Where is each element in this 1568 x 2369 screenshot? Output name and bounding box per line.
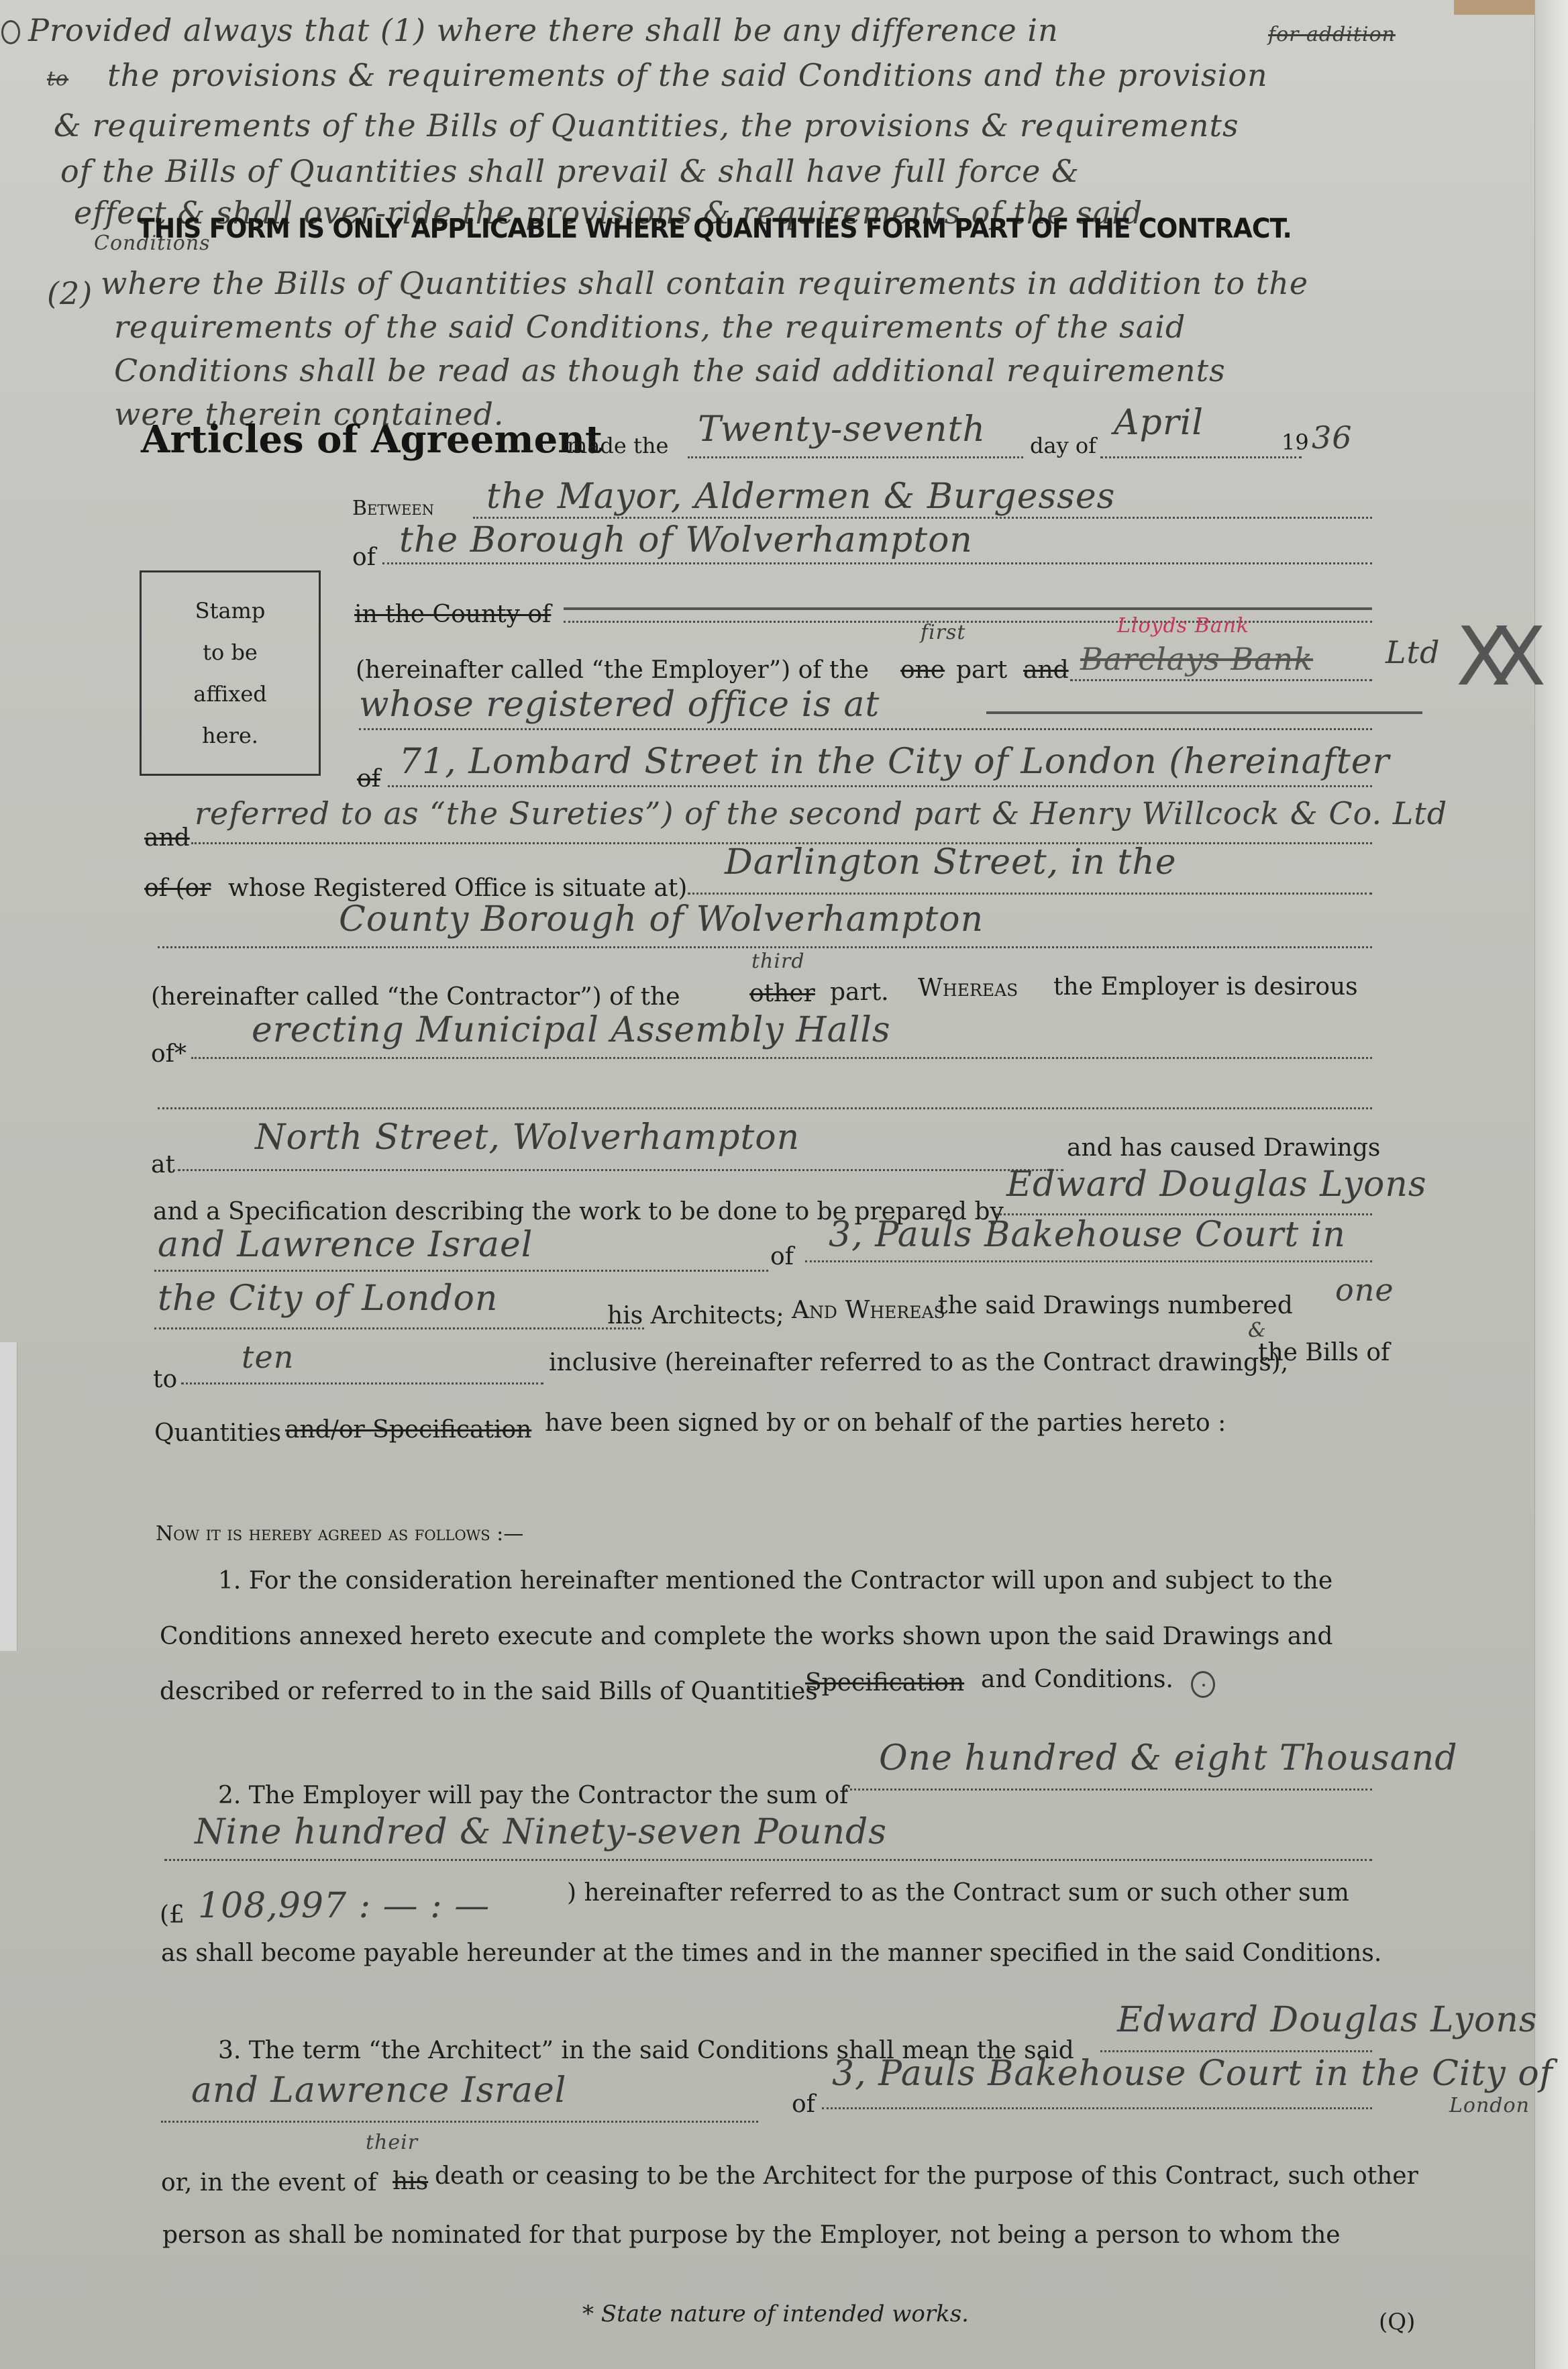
of-star-label: of* bbox=[151, 1040, 187, 1068]
other-struck: other bbox=[749, 980, 815, 1007]
architect-name-1[interactable]: Edward Douglas Lyons bbox=[1006, 1164, 1427, 1205]
to-label: to bbox=[153, 1366, 177, 1393]
sum-words-1[interactable]: One hundred & eight Thousand bbox=[879, 1738, 1458, 1778]
sum-words-2[interactable]: Nine hundred & Ninety-seven Pounds bbox=[195, 1812, 887, 1852]
clause3-line3: person as shall be nominated for that pu… bbox=[162, 2221, 1341, 2249]
annotation-struck-word: to bbox=[47, 67, 68, 91]
clause3-name-2[interactable]: and Lawrence Israel bbox=[191, 2070, 566, 2111]
clause3-their: their bbox=[366, 2131, 418, 2154]
surety-address[interactable]: 71, Lombard Street in the City of London… bbox=[399, 742, 1390, 782]
contractor-address-1[interactable]: Darlington Street, in the bbox=[725, 842, 1177, 883]
annotation-para2-label: (2) bbox=[47, 275, 93, 311]
works-nature-line bbox=[191, 1057, 1372, 1059]
day-value[interactable]: Twenty-seventh bbox=[698, 409, 986, 450]
clause3-name-line-2 bbox=[161, 2121, 758, 2123]
clause1-line-1: 1. For the consideration hereinafter men… bbox=[218, 1567, 1332, 1595]
registered-office-line: whose registered office is at bbox=[359, 685, 880, 725]
surety-inserted: Lloyds Bank bbox=[1117, 614, 1249, 638]
day-field-line bbox=[688, 456, 1023, 458]
clause3-name-line bbox=[1100, 2050, 1372, 2052]
stamp-box: Stamp to be affixed here. bbox=[140, 570, 321, 776]
margin-cross-mark: XX bbox=[1456, 611, 1526, 704]
sum-close: ) hereinafter referred to as the Contrac… bbox=[567, 1879, 1349, 1907]
clause2-end: as shall become payable hereunder at the… bbox=[161, 1939, 1381, 1967]
architect-name-2[interactable]: and Lawrence Israel bbox=[158, 1225, 533, 1265]
form-banner: THIS FORM IS ONLY APPLICABLE WHERE QUANT… bbox=[138, 213, 1292, 244]
drawings-from[interactable]: one bbox=[1335, 1272, 1394, 1308]
clause3-line2-b: death or ceasing to be the Architect for… bbox=[435, 2162, 1418, 2190]
day-of-label: day of bbox=[1030, 433, 1096, 458]
clause1-line-3: described or referred to in the said Bil… bbox=[160, 1678, 818, 1705]
drawings-to-line bbox=[181, 1382, 543, 1384]
clause3-of: of bbox=[792, 2090, 815, 2118]
clause1-line-2: Conditions annexed hereto execute and co… bbox=[160, 1623, 1332, 1650]
now-agreed: Now it is hereby agreed as follows :— bbox=[156, 1522, 523, 1546]
architect-address-1[interactable]: 3, Pauls Bakehouse Court in bbox=[829, 1215, 1346, 1255]
clause2-prefix: 2. The Employer will pay the Contractor … bbox=[218, 1782, 848, 1809]
county-line bbox=[564, 621, 1372, 623]
clause3-address-end: London bbox=[1449, 2094, 1530, 2117]
clause3-line2-a: or, in the event of bbox=[161, 2169, 376, 2197]
clause3-address-line bbox=[822, 2107, 1372, 2109]
sum-open: (£ bbox=[160, 1901, 185, 1929]
contractor-called: (hereinafter called “the Contractor”) of… bbox=[151, 983, 680, 1011]
architect-address-2[interactable]: the City of London bbox=[158, 1278, 498, 1319]
employer-name-line bbox=[473, 517, 1372, 519]
at-label: at bbox=[151, 1151, 175, 1178]
annotation-line-3: & requirements of the Bills of Quantitie… bbox=[54, 107, 1239, 144]
employer-called: (hereinafter called “the Employer”) of t… bbox=[356, 656, 869, 684]
annotation-line-4: of the Bills of Quantities shall prevail… bbox=[60, 153, 1080, 189]
stamp-text-3: affixed bbox=[193, 681, 267, 707]
works-location[interactable]: North Street, Wolverhampton bbox=[255, 1117, 800, 1158]
and-whereas: And Whereas bbox=[792, 1297, 945, 1324]
clause1-struck: Specification bbox=[805, 1669, 964, 1697]
clause3-name-1[interactable]: Edward Douglas Lyons bbox=[1117, 2000, 1538, 2040]
inclusive-text: inclusive (hereinafter referred to as th… bbox=[549, 1349, 1288, 1376]
circle-marker-icon bbox=[1, 20, 20, 44]
of-or-struck: of (or bbox=[144, 874, 211, 902]
signed-text: have been signed by or on behalf of the … bbox=[545, 1409, 1226, 1437]
employer-of[interactable]: the Borough of Wolverhampton bbox=[399, 520, 973, 560]
part-whereas: part. bbox=[830, 978, 889, 1006]
made-the-label: made the bbox=[567, 433, 668, 458]
quantities-label: Quantities bbox=[154, 1419, 281, 1447]
has-caused: and has caused Drawings bbox=[1067, 1134, 1380, 1162]
stamp-text-2: to be bbox=[203, 640, 258, 665]
annotation-para2-line-1: where the Bills of Quantities shall cont… bbox=[101, 265, 1308, 301]
and-or-spec-struck: and/or Specification bbox=[285, 1416, 531, 1444]
surety-referred[interactable]: referred to as “the Sureties”) of the se… bbox=[195, 795, 1447, 831]
works-nature-line-2 bbox=[158, 1107, 1372, 1109]
county-label-struck: in the County of bbox=[354, 601, 551, 628]
sum-figures[interactable]: 108,997 : — : — bbox=[198, 1886, 490, 1926]
surety-line bbox=[1070, 679, 1372, 681]
clause3-his-struck: his bbox=[393, 2168, 428, 2195]
surety-struck: Barclays Bank bbox=[1080, 641, 1313, 677]
first-inserted: first bbox=[921, 621, 966, 644]
of-label-2: of bbox=[770, 1243, 794, 1270]
annotation-para2-line-3: Conditions shall be read as though the s… bbox=[114, 352, 1226, 389]
architect-name-line-2 bbox=[154, 1270, 768, 1272]
page-edge-left bbox=[0, 1342, 17, 1651]
contractor-address-2[interactable]: County Borough of Wolverhampton bbox=[339, 899, 984, 940]
year-suffix[interactable]: 36 bbox=[1312, 419, 1353, 456]
his-architects: his Architects; bbox=[607, 1302, 784, 1329]
stamp-text-1: Stamp bbox=[195, 598, 266, 623]
page-edge-right bbox=[1534, 0, 1568, 2369]
between-label: Between bbox=[352, 497, 434, 520]
annotation-line-1: Provided always that (1) where there sha… bbox=[28, 12, 1059, 48]
and-struck-2: and bbox=[144, 824, 190, 852]
annotation-struck-prefix: for addition bbox=[1268, 23, 1396, 46]
registered-office-dots bbox=[359, 728, 1372, 730]
month-field-line bbox=[1100, 456, 1302, 458]
of-label: of bbox=[352, 544, 376, 571]
architect-address-line bbox=[805, 1260, 1372, 1262]
form-code: (Q) bbox=[1379, 2309, 1415, 2335]
surety-suffix: Ltd bbox=[1386, 634, 1440, 670]
month-value[interactable]: April bbox=[1114, 403, 1204, 443]
contractor-office-label: whose Registered Office is situate at) bbox=[228, 874, 687, 902]
employer-name[interactable]: the Mayor, Aldermen & Burgesses bbox=[486, 476, 1115, 517]
clause1-end: and Conditions. bbox=[981, 1666, 1173, 1693]
footnote: * State nature of intended works. bbox=[582, 2301, 969, 2327]
works-nature[interactable]: erecting Municipal Assembly Halls bbox=[252, 1010, 891, 1050]
county-strike-rule bbox=[564, 607, 1372, 610]
drawings-to[interactable]: ten bbox=[242, 1339, 294, 1375]
whereas-label: Whereas bbox=[918, 974, 1018, 1002]
contractor-address-line-2 bbox=[158, 946, 1372, 948]
third-inserted: third bbox=[751, 950, 805, 973]
stamp-text-4: here. bbox=[202, 723, 258, 748]
annotation-line-2: the provisions & requirements of the sai… bbox=[107, 57, 1268, 93]
year-prefix: 19 bbox=[1282, 430, 1309, 455]
works-location-line bbox=[178, 1169, 1063, 1171]
sum-words-line-2 bbox=[164, 1859, 1372, 1861]
surety-address-line bbox=[388, 785, 1372, 787]
bills-of: the Bills of bbox=[1258, 1339, 1390, 1366]
architect-address-line-2 bbox=[154, 1327, 644, 1329]
employer-of-line bbox=[382, 562, 1372, 564]
document-title: Articles of Agreement bbox=[141, 417, 603, 462]
document-page: Provided always that (1) where there sha… bbox=[0, 0, 1568, 2369]
sum-words-line-1 bbox=[845, 1788, 1372, 1791]
registered-office-rule bbox=[986, 711, 1422, 714]
of-struck: of bbox=[357, 765, 380, 793]
employer-desirous: the Employer is desirous bbox=[1053, 973, 1358, 1001]
contractor-address-line-1 bbox=[688, 893, 1372, 895]
one-struck: one bbox=[900, 656, 945, 684]
clause3-address[interactable]: 3, Pauls Bakehouse Court in the City of bbox=[832, 2054, 1553, 2094]
circle-dot-mark-icon bbox=[1191, 1671, 1215, 1698]
and-struck: and bbox=[1023, 656, 1069, 684]
part-label: part bbox=[956, 656, 1007, 684]
annotation-para2-line-2: requirements of the said Conditions, the… bbox=[114, 309, 1186, 345]
drawings-numbered: the said Drawings numbered bbox=[938, 1292, 1293, 1319]
